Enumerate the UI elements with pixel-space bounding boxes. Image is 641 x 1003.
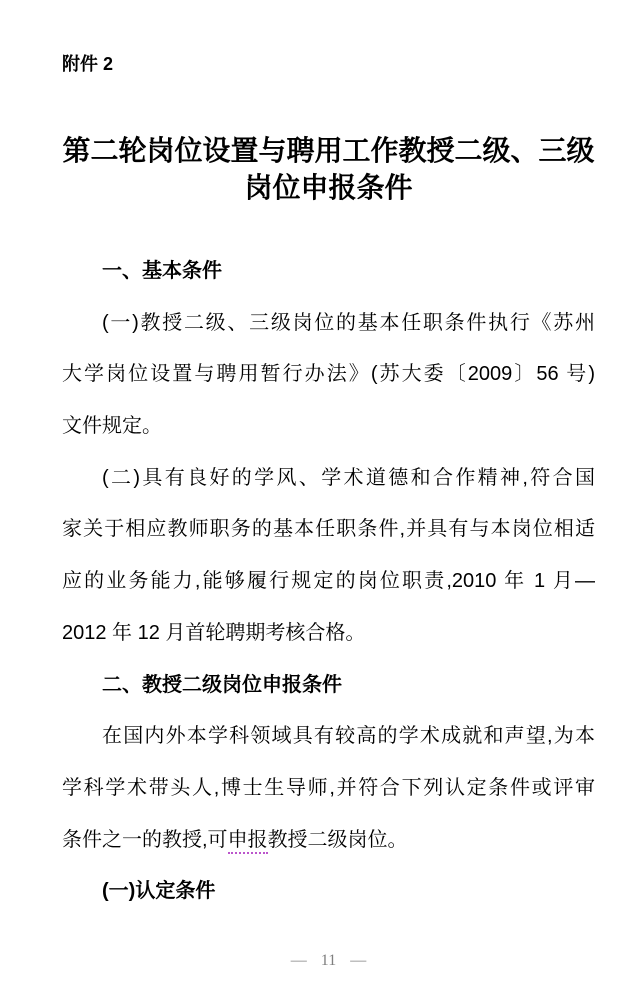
grammar-underline: 申报 xyxy=(228,829,268,854)
page-number: 11 xyxy=(321,952,336,969)
document-title: 第二轮岗位设置与聘用工作教授二级、三级 岗位申报条件 xyxy=(62,132,595,206)
title-line-2: 岗位申报条件 xyxy=(62,169,595,206)
section-heading-professor-level2: 二、教授二级岗位申报条件 xyxy=(62,660,595,712)
body-line: 大学岗位设置与聘用暂行办法》(苏大委〔2009〕56 号) xyxy=(62,349,595,401)
body-line: 条件之一的教授,可申报教授二级岗位。 xyxy=(62,815,595,867)
body-line-segment: 教授二级岗位。 xyxy=(268,829,408,851)
title-line-1: 第二轮岗位设置与聘用工作教授二级、三级 xyxy=(62,132,595,169)
attachment-label: 附件 2 xyxy=(62,52,595,76)
body-line: 在国内外本学科领域具有较高的学术成就和声望,为本 xyxy=(62,711,595,763)
section-heading-basic-conditions: 一、基本条件 xyxy=(62,246,595,298)
body-line: 学科学术带头人,博士生导师,并符合下列认定条件或评审 xyxy=(62,763,595,815)
body-line: 家关于相应教师职务的基本任职条件,并具有与本岗位相适 xyxy=(62,504,595,556)
body-line: 2012 年 12 月首轮聘期考核合格。 xyxy=(62,608,595,660)
body-line-segment: 条件之一的教授,可 xyxy=(62,829,228,851)
document-body: 一、基本条件 (一)教授二级、三级岗位的基本任职条件执行《苏州 大学岗位设置与聘… xyxy=(62,246,595,918)
page-number-dash-right: — xyxy=(350,952,366,969)
body-line: 文件规定。 xyxy=(62,401,595,453)
page-number-dash-left: — xyxy=(291,952,307,969)
body-line: (一)教授二级、三级岗位的基本任职条件执行《苏州 xyxy=(62,298,595,350)
page-footer: —11— xyxy=(62,951,595,971)
body-line: (二)具有良好的学风、学术道德和合作精神,符合国 xyxy=(62,453,595,505)
section-heading-recognition-conditions: (一)认定条件 xyxy=(62,866,595,918)
document-page: 附件 2 第二轮岗位设置与聘用工作教授二级、三级 岗位申报条件 一、基本条件 (… xyxy=(0,0,641,1003)
body-line: 应的业务能力,能够履行规定的岗位职责,2010 年 1 月— xyxy=(62,556,595,608)
